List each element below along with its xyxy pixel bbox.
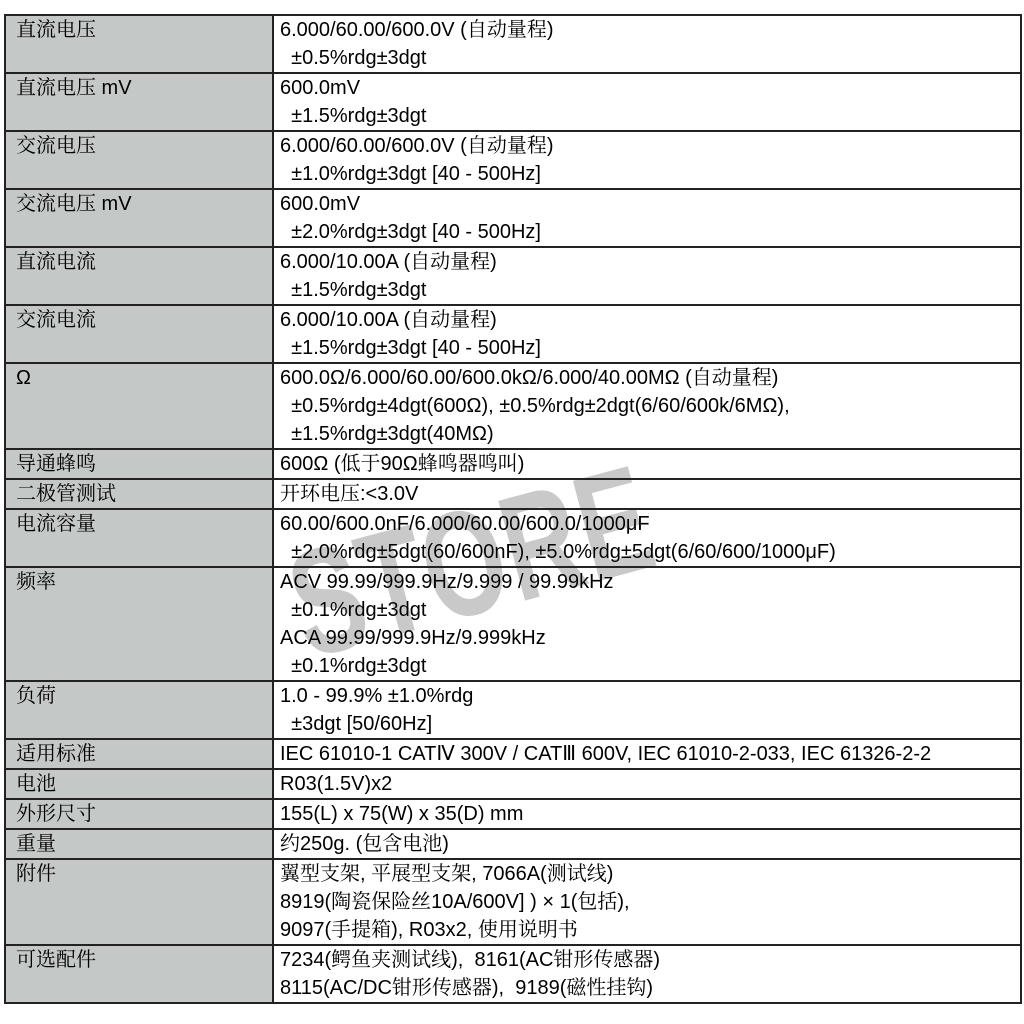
spec-value-line: 600.0Ω/6.000/60.00/600.0kΩ/6.000/40.00MΩ… (280, 364, 1016, 392)
spec-table: 直流电压6.000/60.00/600.0V (自动量程) ±0.5%rdg±3… (4, 14, 1022, 1004)
spec-value-line: ACV 99.99/999.9Hz/9.999 / 99.99kHz (280, 568, 1016, 596)
spec-value-line: 6.000/60.00/600.0V (自动量程) (280, 16, 1016, 44)
spec-label: 附件 (6, 860, 274, 944)
spec-value-line: ±3dgt [50/60Hz] (280, 710, 1016, 738)
spec-value: 60.00/600.0nF/6.000/60.00/600.0/1000μF ±… (274, 510, 1020, 566)
spec-value-line: ±1.5%rdg±3dgt(40MΩ) (280, 420, 1016, 448)
spec-value: 约250g. (包含电池) (274, 830, 1020, 858)
spec-value: 7234(鳄鱼夹测试线), 8161(AC钳形传感器)8115(AC/DC钳形传… (274, 946, 1020, 1002)
table-row: 交流电流6.000/10.00A (自动量程) ±1.5%rdg±3dgt [4… (6, 304, 1020, 362)
spec-value-line: 8115(AC/DC钳形传感器), 9189(磁性挂钩) (280, 974, 1016, 1002)
spec-value-line: 9097(手提箱), R03x2, 使用说明书 (280, 916, 1016, 944)
spec-value-line: ACA 99.99/999.9Hz/9.999kHz (280, 624, 1016, 652)
table-row: Ω600.0Ω/6.000/60.00/600.0kΩ/6.000/40.00M… (6, 362, 1020, 448)
spec-label: 交流电压 mV (6, 190, 274, 246)
table-row: 附件翼型支架, 平展型支架, 7066A(测试线)8919(陶瓷保险丝10A/6… (6, 858, 1020, 944)
spec-value-line: ±1.5%rdg±3dgt (280, 102, 1016, 130)
spec-value-line: ±1.0%rdg±3dgt [40 - 500Hz] (280, 160, 1016, 188)
spec-value-line: R03(1.5V)x2 (280, 770, 1016, 798)
spec-value-line: 600.0mV (280, 190, 1016, 218)
spec-value-line: 7234(鳄鱼夹测试线), 8161(AC钳形传感器) (280, 946, 1016, 974)
spec-value: 600Ω (低于90Ω蜂鸣器鸣叫) (274, 450, 1020, 478)
spec-label: 直流电压 (6, 16, 274, 72)
spec-label: Ω (6, 364, 274, 448)
spec-value-line: ±1.5%rdg±3dgt (280, 276, 1016, 304)
spec-label: 二极管测试 (6, 480, 274, 508)
spec-value-line: 6.000/60.00/600.0V (自动量程) (280, 132, 1016, 160)
spec-value-line: 开环电压:<3.0V (280, 480, 1016, 508)
spec-value: R03(1.5V)x2 (274, 770, 1020, 798)
spec-label: 频率 (6, 568, 274, 680)
table-row: 重量约250g. (包含电池) (6, 828, 1020, 858)
spec-value: 6.000/10.00A (自动量程) ±1.5%rdg±3dgt [40 - … (274, 306, 1020, 362)
spec-value-line: 约250g. (包含电池) (280, 830, 1016, 858)
spec-label: 负荷 (6, 682, 274, 738)
spec-value-line: 8919(陶瓷保险丝10A/600V] ) × 1(包括), (280, 888, 1016, 916)
spec-value: 600.0Ω/6.000/60.00/600.0kΩ/6.000/40.00MΩ… (274, 364, 1020, 448)
spec-value-line: 155(L) x 75(W) x 35(D) mm (280, 800, 1016, 828)
spec-value-line: 翼型支架, 平展型支架, 7066A(测试线) (280, 860, 1016, 888)
spec-label: 外形尺寸 (6, 800, 274, 828)
spec-value-line: ±0.1%rdg±3dgt (280, 652, 1016, 680)
table-row: 频率ACV 99.99/999.9Hz/9.999 / 99.99kHz ±0.… (6, 566, 1020, 680)
table-row: 直流电压6.000/60.00/600.0V (自动量程) ±0.5%rdg±3… (6, 16, 1020, 72)
table-row: 直流电流6.000/10.00A (自动量程) ±1.5%rdg±3dgt (6, 246, 1020, 304)
spec-label: 交流电流 (6, 306, 274, 362)
spec-value: 6.000/60.00/600.0V (自动量程) ±1.0%rdg±3dgt … (274, 132, 1020, 188)
table-row: 电池R03(1.5V)x2 (6, 768, 1020, 798)
spec-sheet-page: 直流电压6.000/60.00/600.0V (自动量程) ±0.5%rdg±3… (0, 0, 1024, 1024)
spec-label: 电流容量 (6, 510, 274, 566)
spec-value: 600.0mV ±1.5%rdg±3dgt (274, 74, 1020, 130)
spec-label: 交流电压 (6, 132, 274, 188)
spec-value-line: 1.0 - 99.9% ±1.0%rdg (280, 682, 1016, 710)
spec-label: 导通蜂鸣 (6, 450, 274, 478)
spec-value-line: IEC 61010-1 CATⅣ 300V / CATⅢ 600V, IEC 6… (280, 740, 1016, 768)
spec-value-line: 600Ω (低于90Ω蜂鸣器鸣叫) (280, 450, 1016, 478)
spec-value: 翼型支架, 平展型支架, 7066A(测试线)8919(陶瓷保险丝10A/600… (274, 860, 1020, 944)
spec-value-line: 6.000/10.00A (自动量程) (280, 306, 1016, 334)
spec-value: IEC 61010-1 CATⅣ 300V / CATⅢ 600V, IEC 6… (274, 740, 1020, 768)
spec-value-line: 60.00/600.0nF/6.000/60.00/600.0/1000μF (280, 510, 1016, 538)
spec-value-line: ±0.5%rdg±3dgt (280, 44, 1016, 72)
spec-value-line: ±0.5%rdg±4dgt(600Ω), ±0.5%rdg±2dgt(6/60/… (280, 392, 1016, 420)
spec-label: 适用标准 (6, 740, 274, 768)
table-row: 交流电压 mV600.0mV ±2.0%rdg±3dgt [40 - 500Hz… (6, 188, 1020, 246)
spec-label: 直流电流 (6, 248, 274, 304)
table-row: 可选配件7234(鳄鱼夹测试线), 8161(AC钳形传感器)8115(AC/D… (6, 944, 1020, 1002)
table-row: 直流电压 mV600.0mV ±1.5%rdg±3dgt (6, 72, 1020, 130)
spec-value-line: 6.000/10.00A (自动量程) (280, 248, 1016, 276)
spec-value-line: ±2.0%rdg±3dgt [40 - 500Hz] (280, 218, 1016, 246)
spec-value: ACV 99.99/999.9Hz/9.999 / 99.99kHz ±0.1%… (274, 568, 1020, 680)
spec-value-line: 600.0mV (280, 74, 1016, 102)
table-row: 交流电压6.000/60.00/600.0V (自动量程) ±1.0%rdg±3… (6, 130, 1020, 188)
spec-value: 6.000/60.00/600.0V (自动量程) ±0.5%rdg±3dgt (274, 16, 1020, 72)
spec-value: 1.0 - 99.9% ±1.0%rdg ±3dgt [50/60Hz] (274, 682, 1020, 738)
spec-label: 重量 (6, 830, 274, 858)
spec-value-line: ±0.1%rdg±3dgt (280, 596, 1016, 624)
spec-value: 开环电压:<3.0V (274, 480, 1020, 508)
spec-label: 可选配件 (6, 946, 274, 1002)
table-row: 二极管测试开环电压:<3.0V (6, 478, 1020, 508)
table-row: 负荷1.0 - 99.9% ±1.0%rdg ±3dgt [50/60Hz] (6, 680, 1020, 738)
spec-label: 直流电压 mV (6, 74, 274, 130)
table-row: 导通蜂鸣600Ω (低于90Ω蜂鸣器鸣叫) (6, 448, 1020, 478)
table-row: 适用标准IEC 61010-1 CATⅣ 300V / CATⅢ 600V, I… (6, 738, 1020, 768)
spec-value: 155(L) x 75(W) x 35(D) mm (274, 800, 1020, 828)
spec-value: 6.000/10.00A (自动量程) ±1.5%rdg±3dgt (274, 248, 1020, 304)
table-row: 电流容量60.00/600.0nF/6.000/60.00/600.0/1000… (6, 508, 1020, 566)
table-row: 外形尺寸155(L) x 75(W) x 35(D) mm (6, 798, 1020, 828)
spec-value: 600.0mV ±2.0%rdg±3dgt [40 - 500Hz] (274, 190, 1020, 246)
spec-value-line: ±2.0%rdg±5dgt(60/600nF), ±5.0%rdg±5dgt(6… (280, 538, 1016, 566)
spec-label: 电池 (6, 770, 274, 798)
spec-value-line: ±1.5%rdg±3dgt [40 - 500Hz] (280, 334, 1016, 362)
